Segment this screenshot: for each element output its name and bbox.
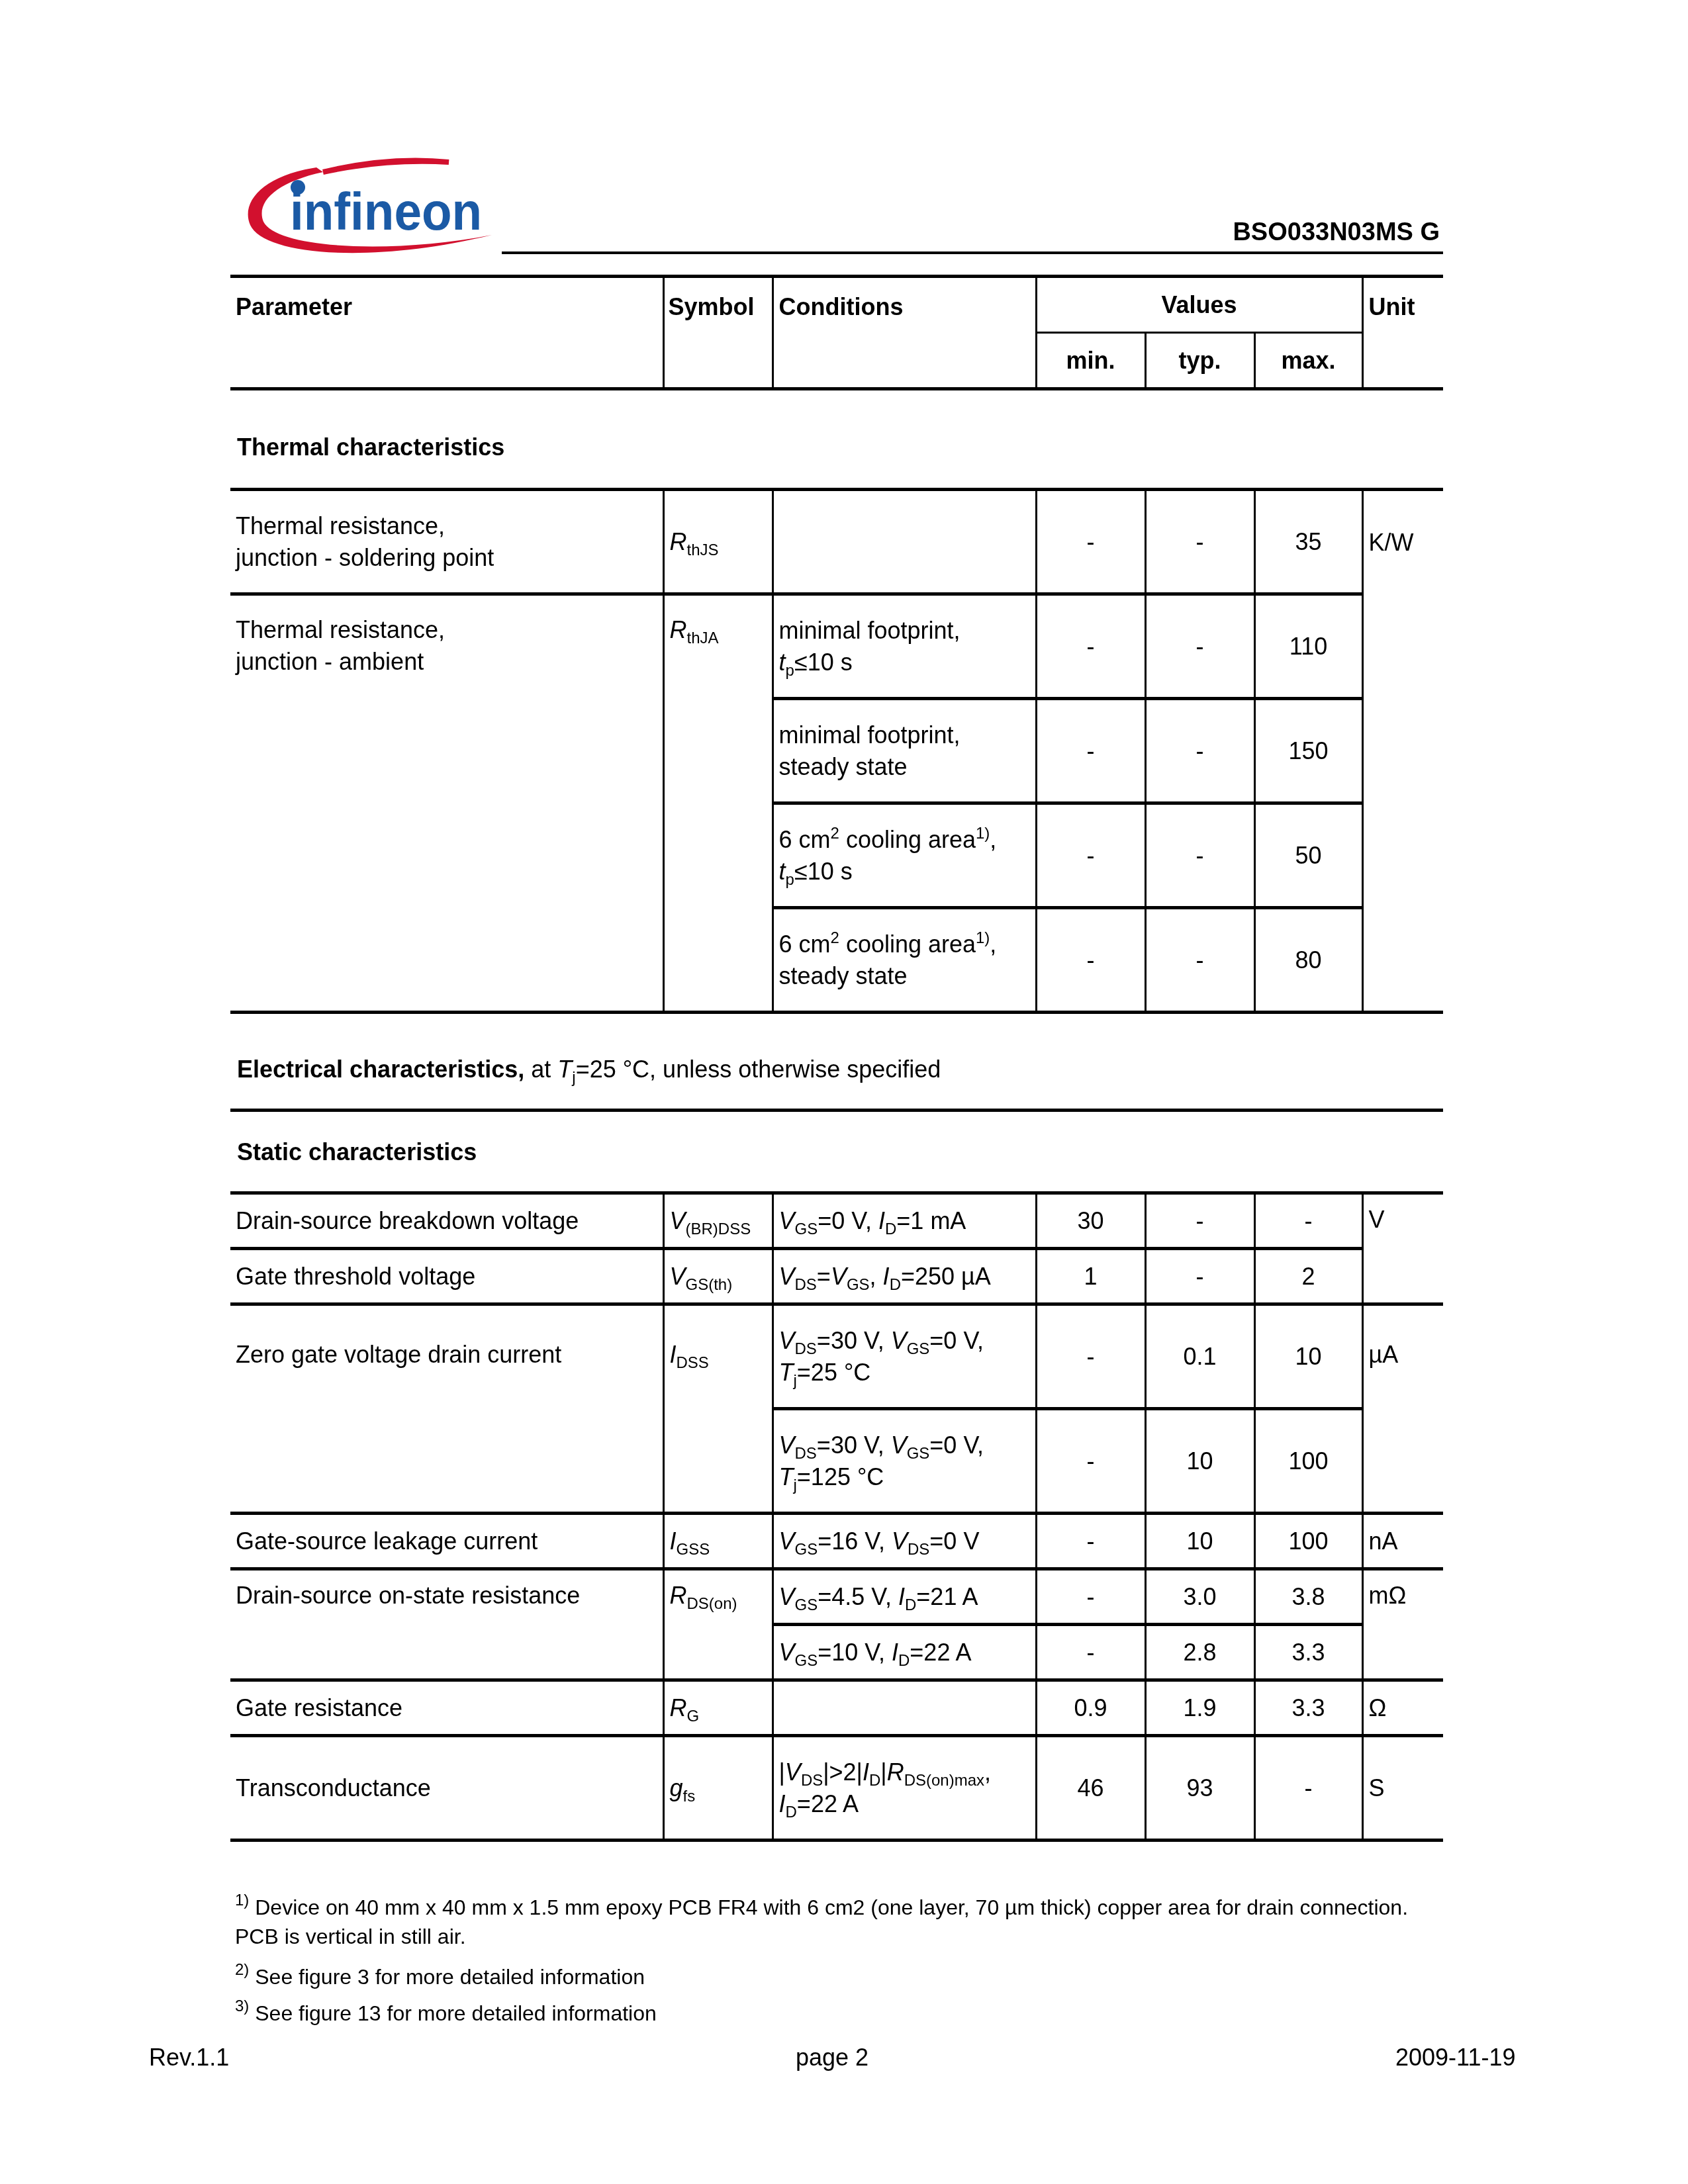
- static-section-title: Static characteristics: [237, 1138, 477, 1166]
- header-max: max.: [1254, 333, 1362, 389]
- conditions-cell: VGS=4.5 V, ID=21 A: [773, 1569, 1036, 1625]
- parameter-cell: Transconductance: [230, 1736, 663, 1841]
- section-rule: [230, 1109, 1443, 1112]
- conditions-cell: VDS=VGS, ID=250 µA: [773, 1249, 1036, 1304]
- parameter-cell: Thermal resistance,junction - ambient: [230, 594, 663, 1013]
- unit-cell: S: [1362, 1736, 1443, 1841]
- electrical-section-title: Electrical characteristics, at Tj=25 °C,…: [237, 1056, 941, 1083]
- parameter-cell: Thermal resistance,junction - soldering …: [230, 490, 663, 594]
- header-rule: [502, 251, 1443, 254]
- table-row: Gate threshold voltage VGS(th) VDS=VGS, …: [230, 1249, 1443, 1304]
- min-cell: 46: [1036, 1736, 1145, 1841]
- min-cell: -: [1036, 908, 1145, 1013]
- typ-cell: 2.8: [1145, 1625, 1254, 1680]
- footer-revision: Rev.1.1: [149, 2044, 229, 2071]
- header-unit: Unit: [1362, 277, 1443, 389]
- conditions-cell: VDS=30 V, VGS=0 V,Tj=125 °C: [773, 1409, 1036, 1514]
- max-cell: 35: [1254, 490, 1362, 594]
- min-cell: -: [1036, 1569, 1145, 1625]
- max-cell: 3.3: [1254, 1680, 1362, 1736]
- table-row: Gate resistance RG 0.9 1.9 3.3 Ω: [230, 1680, 1443, 1736]
- unit-cell: V: [1362, 1193, 1443, 1304]
- header-typ: typ.: [1145, 333, 1254, 389]
- typ-cell: 0.1: [1145, 1304, 1254, 1409]
- max-cell: -: [1254, 1736, 1362, 1841]
- footnote-3: 3) See figure 13 for more detailed infor…: [235, 1999, 1427, 2028]
- conditions-cell: VGS=10 V, ID=22 A: [773, 1625, 1036, 1680]
- typ-cell: 93: [1145, 1736, 1254, 1841]
- max-cell: 50: [1254, 803, 1362, 908]
- max-cell: 10: [1254, 1304, 1362, 1409]
- unit-cell: K/W: [1362, 490, 1443, 1013]
- min-cell: 1: [1036, 1249, 1145, 1304]
- max-cell: -: [1254, 1193, 1362, 1249]
- typ-cell: -: [1145, 594, 1254, 699]
- conditions-cell: [773, 490, 1036, 594]
- table-row: Gate-source leakage current IGSS VGS=16 …: [230, 1514, 1443, 1569]
- unit-cell: Ω: [1362, 1680, 1443, 1736]
- column-header-table: Parameter Symbol Conditions Values Unit …: [230, 275, 1443, 390]
- min-cell: 0.9: [1036, 1680, 1145, 1736]
- conditions-cell: minimal footprint,steady state: [773, 699, 1036, 803]
- max-cell: 150: [1254, 699, 1362, 803]
- conditions-cell: |VDS|>2|ID|RDS(on)max,ID=22 A: [773, 1736, 1036, 1841]
- max-cell: 80: [1254, 908, 1362, 1013]
- max-cell: 3.3: [1254, 1625, 1362, 1680]
- symbol-cell: IDSS: [663, 1304, 773, 1514]
- max-cell: 2: [1254, 1249, 1362, 1304]
- footer-date: 2009-11-19: [1395, 2044, 1515, 2071]
- header-values: Values: [1036, 277, 1362, 333]
- infineon-logo: infineon: [237, 156, 495, 261]
- parameter-cell: Gate threshold voltage: [230, 1249, 663, 1304]
- symbol-cell: gfs: [663, 1736, 773, 1841]
- parameter-cell: Gate resistance: [230, 1680, 663, 1736]
- unit-cell: nA: [1362, 1514, 1443, 1569]
- min-cell: -: [1036, 1625, 1145, 1680]
- typ-cell: 1.9: [1145, 1680, 1254, 1736]
- symbol-cell: RDS(on): [663, 1569, 773, 1680]
- symbol-cell: V(BR)DSS: [663, 1193, 773, 1249]
- table-row: Zero gate voltage drain current IDSS VDS…: [230, 1304, 1443, 1409]
- typ-cell: 10: [1145, 1409, 1254, 1514]
- header-symbol: Symbol: [663, 277, 773, 389]
- header-conditions: Conditions: [773, 277, 1036, 389]
- parameter-cell: Drain-source breakdown voltage: [230, 1193, 663, 1249]
- conditions-cell: VDS=30 V, VGS=0 V,Tj=25 °C: [773, 1304, 1036, 1409]
- typ-cell: -: [1145, 803, 1254, 908]
- max-cell: 100: [1254, 1514, 1362, 1569]
- conditions-cell: VGS=0 V, ID=1 mA: [773, 1193, 1036, 1249]
- typ-cell: -: [1145, 699, 1254, 803]
- typ-cell: -: [1145, 490, 1254, 594]
- typ-cell: 10: [1145, 1514, 1254, 1569]
- typ-cell: 3.0: [1145, 1569, 1254, 1625]
- min-cell: -: [1036, 594, 1145, 699]
- min-cell: -: [1036, 803, 1145, 908]
- header-parameter: Parameter: [230, 277, 663, 389]
- logo-icon: infineon: [237, 156, 495, 261]
- max-cell: 110: [1254, 594, 1362, 699]
- min-cell: -: [1036, 1514, 1145, 1569]
- table-row: Transconductance gfs |VDS|>2|ID|RDS(on)m…: [230, 1736, 1443, 1841]
- min-cell: -: [1036, 1409, 1145, 1514]
- parameter-cell: Gate-source leakage current: [230, 1514, 663, 1569]
- footnote-2: 2) See figure 3 for more detailed inform…: [235, 1962, 1427, 1991]
- max-cell: 3.8: [1254, 1569, 1362, 1625]
- thermal-section-title: Thermal characteristics: [237, 433, 504, 461]
- symbol-cell: IGSS: [663, 1514, 773, 1569]
- conditions-cell: minimal footprint,tp≤10 s: [773, 594, 1036, 699]
- min-cell: -: [1036, 490, 1145, 594]
- symbol-cell: RthJA: [663, 594, 773, 1013]
- thermal-table: Thermal resistance,junction - soldering …: [230, 488, 1443, 1014]
- table-row: Drain-source on-state resistance RDS(on)…: [230, 1569, 1443, 1625]
- conditions-cell: VGS=16 V, VDS=0 V: [773, 1514, 1036, 1569]
- conditions-cell: [773, 1680, 1036, 1736]
- typ-cell: -: [1145, 908, 1254, 1013]
- static-table: Drain-source breakdown voltage V(BR)DSS …: [230, 1191, 1443, 1842]
- conditions-cell: 6 cm2 cooling area1),tp≤10 s: [773, 803, 1036, 908]
- symbol-cell: VGS(th): [663, 1249, 773, 1304]
- unit-cell: µA: [1362, 1304, 1443, 1514]
- footnote-1: 1) Device on 40 mm x 40 mm x 1.5 mm epox…: [235, 1893, 1427, 1951]
- parameter-cell: Zero gate voltage drain current: [230, 1304, 663, 1514]
- min-cell: 30: [1036, 1193, 1145, 1249]
- typ-cell: -: [1145, 1193, 1254, 1249]
- part-number: BSO033N03MS G: [1233, 218, 1440, 247]
- min-cell: -: [1036, 699, 1145, 803]
- table-row: Drain-source breakdown voltage V(BR)DSS …: [230, 1193, 1443, 1249]
- conditions-cell: 6 cm2 cooling area1),steady state: [773, 908, 1036, 1013]
- header-min: min.: [1036, 333, 1145, 389]
- symbol-cell: RG: [663, 1680, 773, 1736]
- max-cell: 100: [1254, 1409, 1362, 1514]
- table-row: Thermal resistance,junction - ambient Rt…: [230, 594, 1443, 699]
- symbol-cell: RthJS: [663, 490, 773, 594]
- unit-cell: mΩ: [1362, 1569, 1443, 1680]
- svg-text:infineon: infineon: [290, 182, 482, 241]
- footer-page-number: page 2: [796, 2044, 868, 2071]
- table-row: Thermal resistance,junction - soldering …: [230, 490, 1443, 594]
- typ-cell: -: [1145, 1249, 1254, 1304]
- min-cell: -: [1036, 1304, 1145, 1409]
- parameter-cell: Drain-source on-state resistance: [230, 1569, 663, 1680]
